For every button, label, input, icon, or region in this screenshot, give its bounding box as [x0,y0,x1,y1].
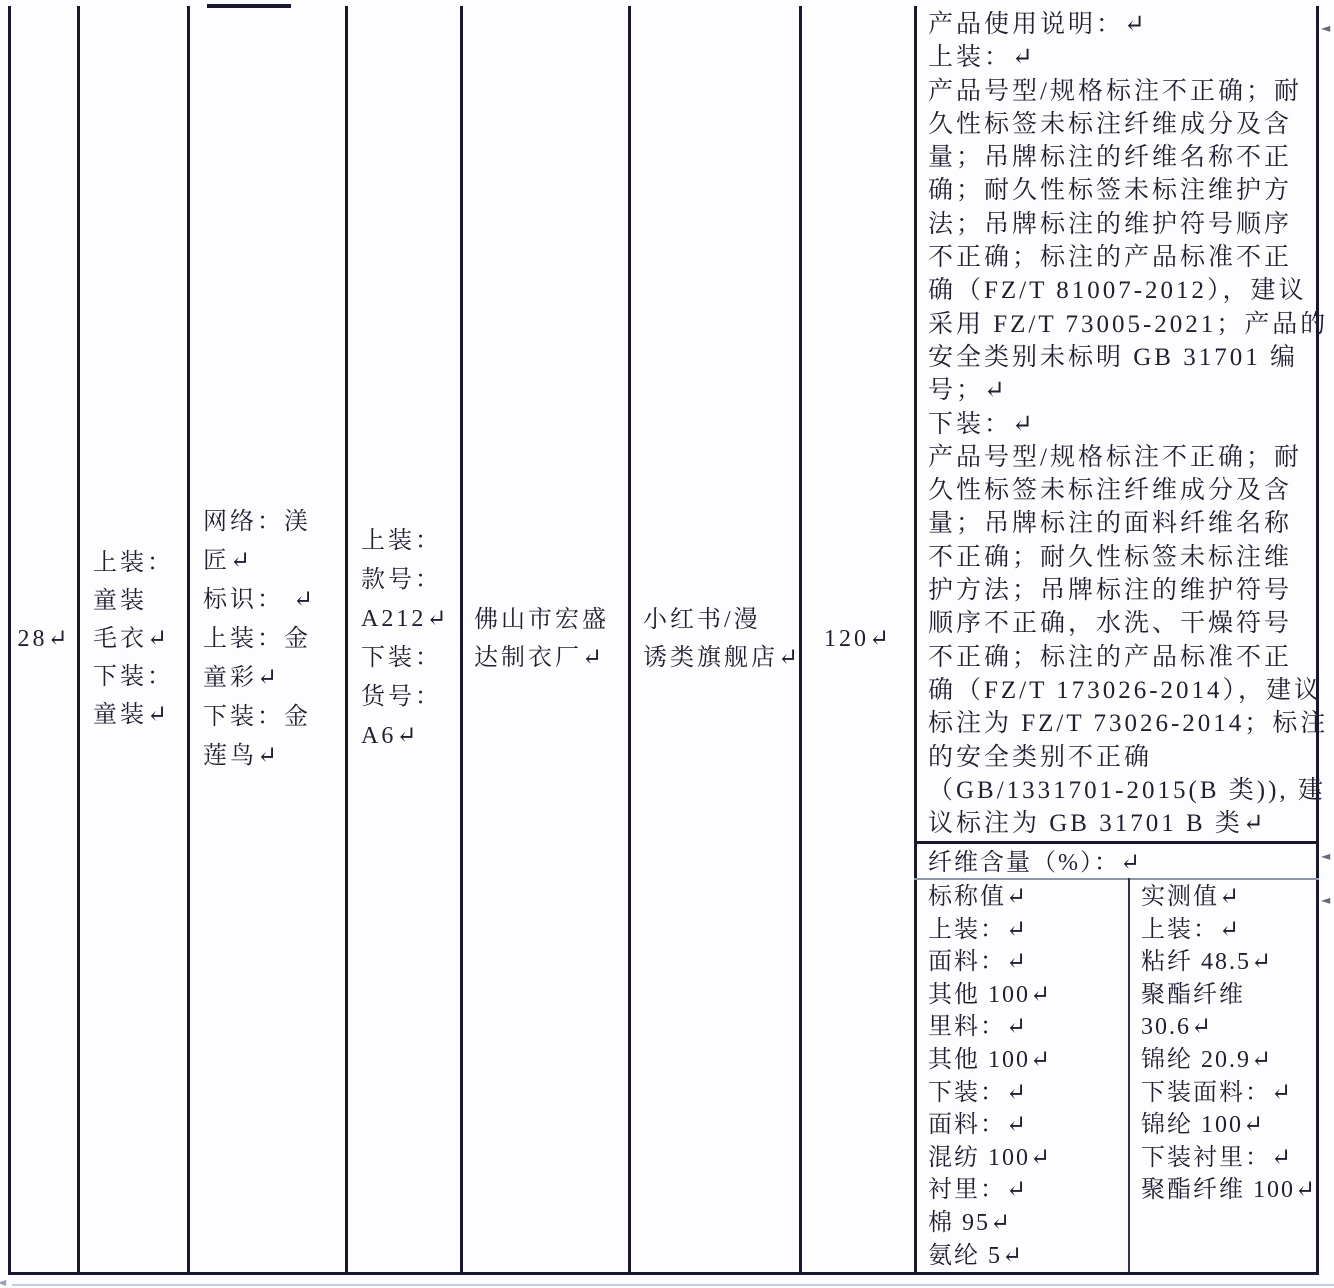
text-line: 上装：↵ [928,914,1124,947]
text-line: 久性标签未标注纤维成分及含 [928,474,1312,507]
text-line: 上装：↵ [1141,914,1313,947]
fiber-content-title: 纤维含量（%）：↵ [928,846,1312,880]
text-line: 款号： [361,561,460,600]
text-line: 量；吊牌标注的纤维名称不正 [928,141,1312,174]
text-line: 锦纶 100↵ [1141,1109,1313,1142]
end-of-row-mark: ◄ [1321,850,1330,862]
col-manufacturer-cell: 佛山市宏盛达制衣厂↵ [474,6,628,1272]
text-line: 粘纤 48.5↵ [1141,946,1313,979]
table-border-vertical [187,6,190,1274]
text-line: 下装面料：↵ [1141,1077,1313,1110]
text-line: 护方法；吊牌标注的维护符号 [928,574,1312,607]
text-line: 上装：金 [203,620,345,659]
table-border-vertical [628,6,631,1274]
text-line: A212↵ [361,600,460,639]
text-line: 网络：渼 [203,503,345,542]
table-border-bottom [8,1272,1319,1275]
text-line: 聚酯纤维 [1141,979,1313,1012]
text-line: 实测值↵ [1141,881,1313,914]
text-line: 锦纶 20.9↵ [1141,1044,1313,1077]
text-line: 氨纶 5↵ [928,1240,1124,1273]
text-line: 达制衣厂↵ [474,639,628,677]
text-line: 标注为 FZ/T 73026-2014；标注 [928,707,1312,740]
text-line: （GB/1331701-2015(B 类)), 建 [928,774,1312,807]
end-of-row-mark: ◄ [1321,894,1330,906]
text-line: 号；↵ [928,374,1312,407]
text-line: 确；耐久性标签未标注维护方 [928,174,1312,207]
table-border-vertical [345,6,348,1274]
text-line: 确（FZ/T 173026-2014），建议 [928,674,1312,707]
text-line: 不正确；标注的产品标准不正 [928,641,1312,674]
page-edge-mark: ◄ [0,1276,6,1288]
text-line: 不正确；耐久性标签未标注维 [928,541,1312,574]
text-line: 佛山市宏盛 [474,601,628,639]
text-line: 法；吊牌标注的维护符号顺序 [928,208,1312,241]
text-line: 议标注为 GB 31701 B 类↵ [928,807,1312,840]
text-line: 毛衣↵ [93,620,187,658]
text-line: 不正确；标注的产品标准不正 [928,241,1312,274]
text-line: 量；吊牌标注的面料纤维名称 [928,507,1312,540]
text-line: 下装： [361,639,460,678]
text-line: 诱类旗舰店↵ [643,639,799,677]
text-line: 下装：↵ [928,408,1312,441]
table-border-vertical [914,6,917,1274]
next-row-faint-line [12,1284,1334,1286]
fiber-content-header: 纤维含量（%）：↵ [928,846,1312,878]
end-of-row-mark: ◄ [1321,22,1330,34]
text-line: 童装 [93,582,187,620]
text-line: 采用 FZ/T 73005-2021；产品的 [928,308,1312,341]
fiber-column-divider [1128,878,1130,1274]
text-line: 上装： [93,544,187,582]
text-line: 小红书/漫 [643,601,799,639]
text-line: 混纺 100↵ [928,1142,1124,1175]
col-store-cell: 小红书/漫诱类旗舰店↵ [643,6,799,1272]
text-line: 童装↵ [93,696,187,734]
text-line: 30.6↵ [1141,1011,1313,1044]
fiber-nominal-cell: 标称值↵上装：↵面料：↵其他 100↵里料：↵其他 100↵下装：↵面料：↵混纺… [928,881,1124,1272]
col-model-cell: 上装：款号：A212↵下装：货号：A6↵ [361,6,460,1272]
col-seq-cell: 28↵ [11,6,77,1272]
text-line: A6↵ [361,717,460,756]
table-border-vertical [460,6,463,1274]
document-page: 28↵ 上装：童装毛衣↵下装：童装↵ 网络：渼匠↵标识： ↵上装：金童彩↵下装：… [0,0,1334,1288]
fiber-table-top-border [914,841,1319,844]
text-line: 的安全类别不正确 [928,741,1312,774]
text-line: 里料：↵ [928,1011,1124,1044]
text-line: 聚酯纤维 100↵ [1141,1174,1313,1207]
text-line: 下装：金 [203,698,345,737]
col-brand-cell: 网络：渼匠↵标识： ↵上装：金童彩↵下装：金莲鸟↵ [203,6,345,1272]
text-line: 标识： ↵ [203,581,345,620]
text-line: 匠↵ [203,542,345,581]
text-line: 下装： [93,658,187,696]
col-remarks-cell: 产品使用说明：↵上装：↵产品号型/规格标注不正确；耐久性标签未标注纤维成分及含量… [928,8,1312,840]
text-line: 衬里：↵ [928,1174,1124,1207]
text-line: 产品使用说明：↵ [928,8,1312,41]
text-line: 上装：↵ [928,41,1312,74]
text-line: 顺序不正确，水洗、干燥符号 [928,607,1312,640]
text-line: 棉 95↵ [928,1207,1124,1240]
fiber-measured-cell: 实测值↵上装：↵粘纤 48.5↵聚酯纤维30.6↵锦纶 20.9↵下装面料：↵锦… [1141,881,1313,1272]
text-line: 面料：↵ [928,946,1124,979]
text-line: 下装衬里：↵ [1141,1142,1313,1175]
text-line: 产品号型/规格标注不正确；耐 [928,75,1312,108]
text-line: 安全类别未标明 GB 31701 编 [928,341,1312,374]
text-line: 标称值↵ [928,881,1124,914]
col-quantity-cell: 120↵ [802,6,914,1272]
quantity-value: 120↵ [824,620,892,658]
text-line: 面料：↵ [928,1109,1124,1142]
text-line: 久性标签未标注纤维成分及含 [928,108,1312,141]
text-line: 确（FZ/T 81007-2012），建议 [928,274,1312,307]
table-border-vertical [77,6,80,1274]
sequence-number: 28↵ [17,620,70,658]
text-line: 产品号型/规格标注不正确；耐 [928,441,1312,474]
text-line: 上装： [361,522,460,561]
text-line: 货号： [361,678,460,717]
text-line: 下装：↵ [928,1077,1124,1110]
text-line: 其他 100↵ [928,979,1124,1012]
text-line: 其他 100↵ [928,1044,1124,1077]
col-product-name-cell: 上装：童装毛衣↵下装：童装↵ [93,6,187,1272]
table-border-vertical [1316,6,1319,1274]
text-line: 莲鸟↵ [203,737,345,776]
text-line: 童彩↵ [203,659,345,698]
